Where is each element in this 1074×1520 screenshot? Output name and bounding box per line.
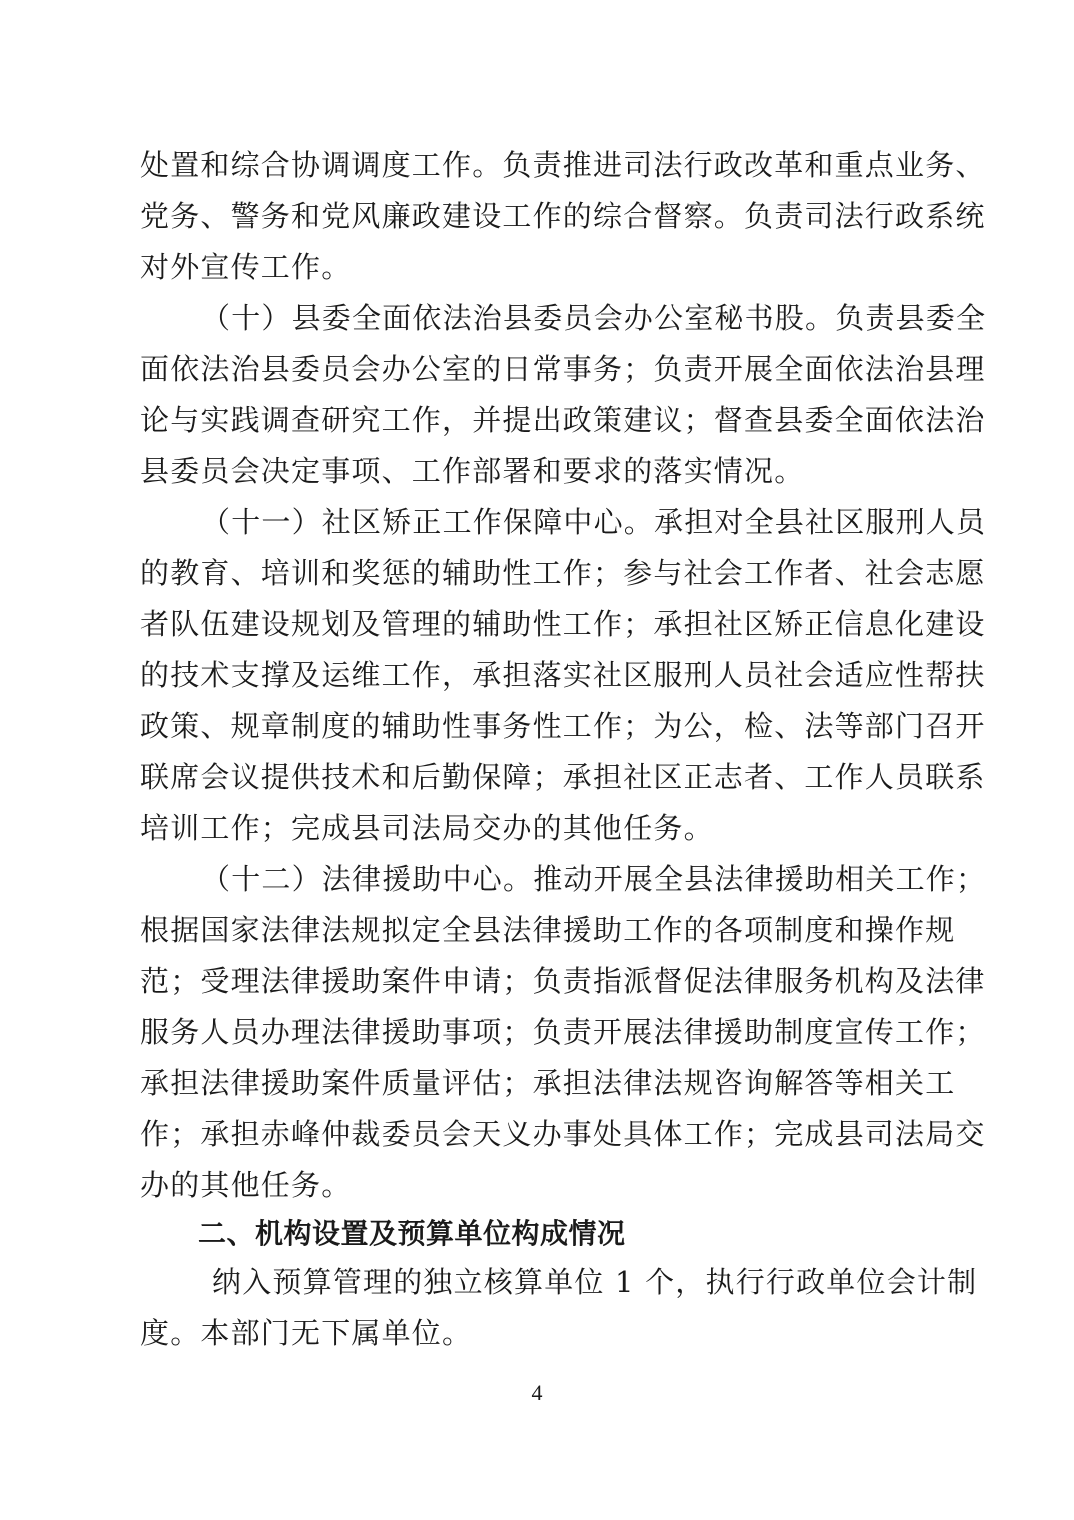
text-line: 纳入预算管理的独立核算单位 1 个，执行行政单位会计制 [140, 1257, 940, 1308]
text-line: 服务人员办理法律援助事项；负责开展法律援助制度宣传工作； [140, 1007, 940, 1058]
text-line: 的教育、培训和奖惩的辅助性工作；参与社会工作者、社会志愿 [140, 548, 940, 599]
text-line: 承担法律援助案件质量评估；承担法律法规咨询解答等相关工 [140, 1058, 940, 1109]
paragraph-section-body: 纳入预算管理的独立核算单位 1 个，执行行政单位会计制 度。本部门无下属单位。 [140, 1257, 940, 1359]
text-line: 县委员会决定事项、工作部署和要求的落实情况。 [140, 446, 940, 497]
document-page: 处置和综合协调调度工作。负责推进司法行政改革和重点业务、 党务、警务和党风廉政建… [140, 140, 940, 1359]
text-line: （十）县委全面依法治县委员会办公室秘书股。负责县委全 [140, 293, 940, 344]
text-line: 作；承担赤峰仲裁委员会天义办事处具体工作；完成县司法局交 [140, 1109, 940, 1160]
text-line: 对外宣传工作。 [140, 242, 940, 293]
text-line: 的技术支撑及运维工作，承担落实社区服刑人员社会适应性帮扶 [140, 650, 940, 701]
text-line: （十二）法律援助中心。推动开展全县法律援助相关工作； [140, 854, 940, 905]
text-line: 处置和综合协调调度工作。负责推进司法行政改革和重点业务、 [140, 140, 940, 191]
text-line: 党务、警务和党风廉政建设工作的综合督察。负责司法行政系统 [140, 191, 940, 242]
paragraph-continuation: 处置和综合协调调度工作。负责推进司法行政改革和重点业务、 党务、警务和党风廉政建… [140, 140, 940, 293]
text-line: 论与实践调查研究工作，并提出政策建议；督查县委全面依法治 [140, 395, 940, 446]
text-line: 者队伍建设规划及管理的辅助性工作；承担社区矫正信息化建设 [140, 599, 940, 650]
text-line: 面依法治县委员会办公室的日常事务；负责开展全面依法治县理 [140, 344, 940, 395]
text-line: 范；受理法律援助案件申请；负责指派督促法律服务机构及法律 [140, 956, 940, 1007]
text-line: 政策、规章制度的辅助性事务性工作；为公，检、法等部门召开 [140, 701, 940, 752]
paragraph-item-12: （十二）法律援助中心。推动开展全县法律援助相关工作； 根据国家法律法规拟定全县法… [140, 854, 940, 1211]
section-heading: 二、机构设置及预算单位构成情况 [140, 1211, 940, 1257]
paragraph-item-10: （十）县委全面依法治县委员会办公室秘书股。负责县委全 面依法治县委员会办公室的日… [140, 293, 940, 497]
text-line: 联席会议提供技术和后勤保障；承担社区正志者、工作人员联系 [140, 752, 940, 803]
text-line: 根据国家法律法规拟定全县法律援助工作的各项制度和操作规 [140, 905, 940, 956]
page-number: 4 [0, 1380, 1074, 1406]
text-line: 培训工作；完成县司法局交办的其他任务。 [140, 803, 940, 854]
paragraph-item-11: （十一）社区矫正工作保障中心。承担对全县社区服刑人员 的教育、培训和奖惩的辅助性… [140, 497, 940, 854]
text-line: 办的其他任务。 [140, 1160, 940, 1211]
text-line: （十一）社区矫正工作保障中心。承担对全县社区服刑人员 [140, 497, 940, 548]
text-line: 度。本部门无下属单位。 [140, 1308, 940, 1359]
